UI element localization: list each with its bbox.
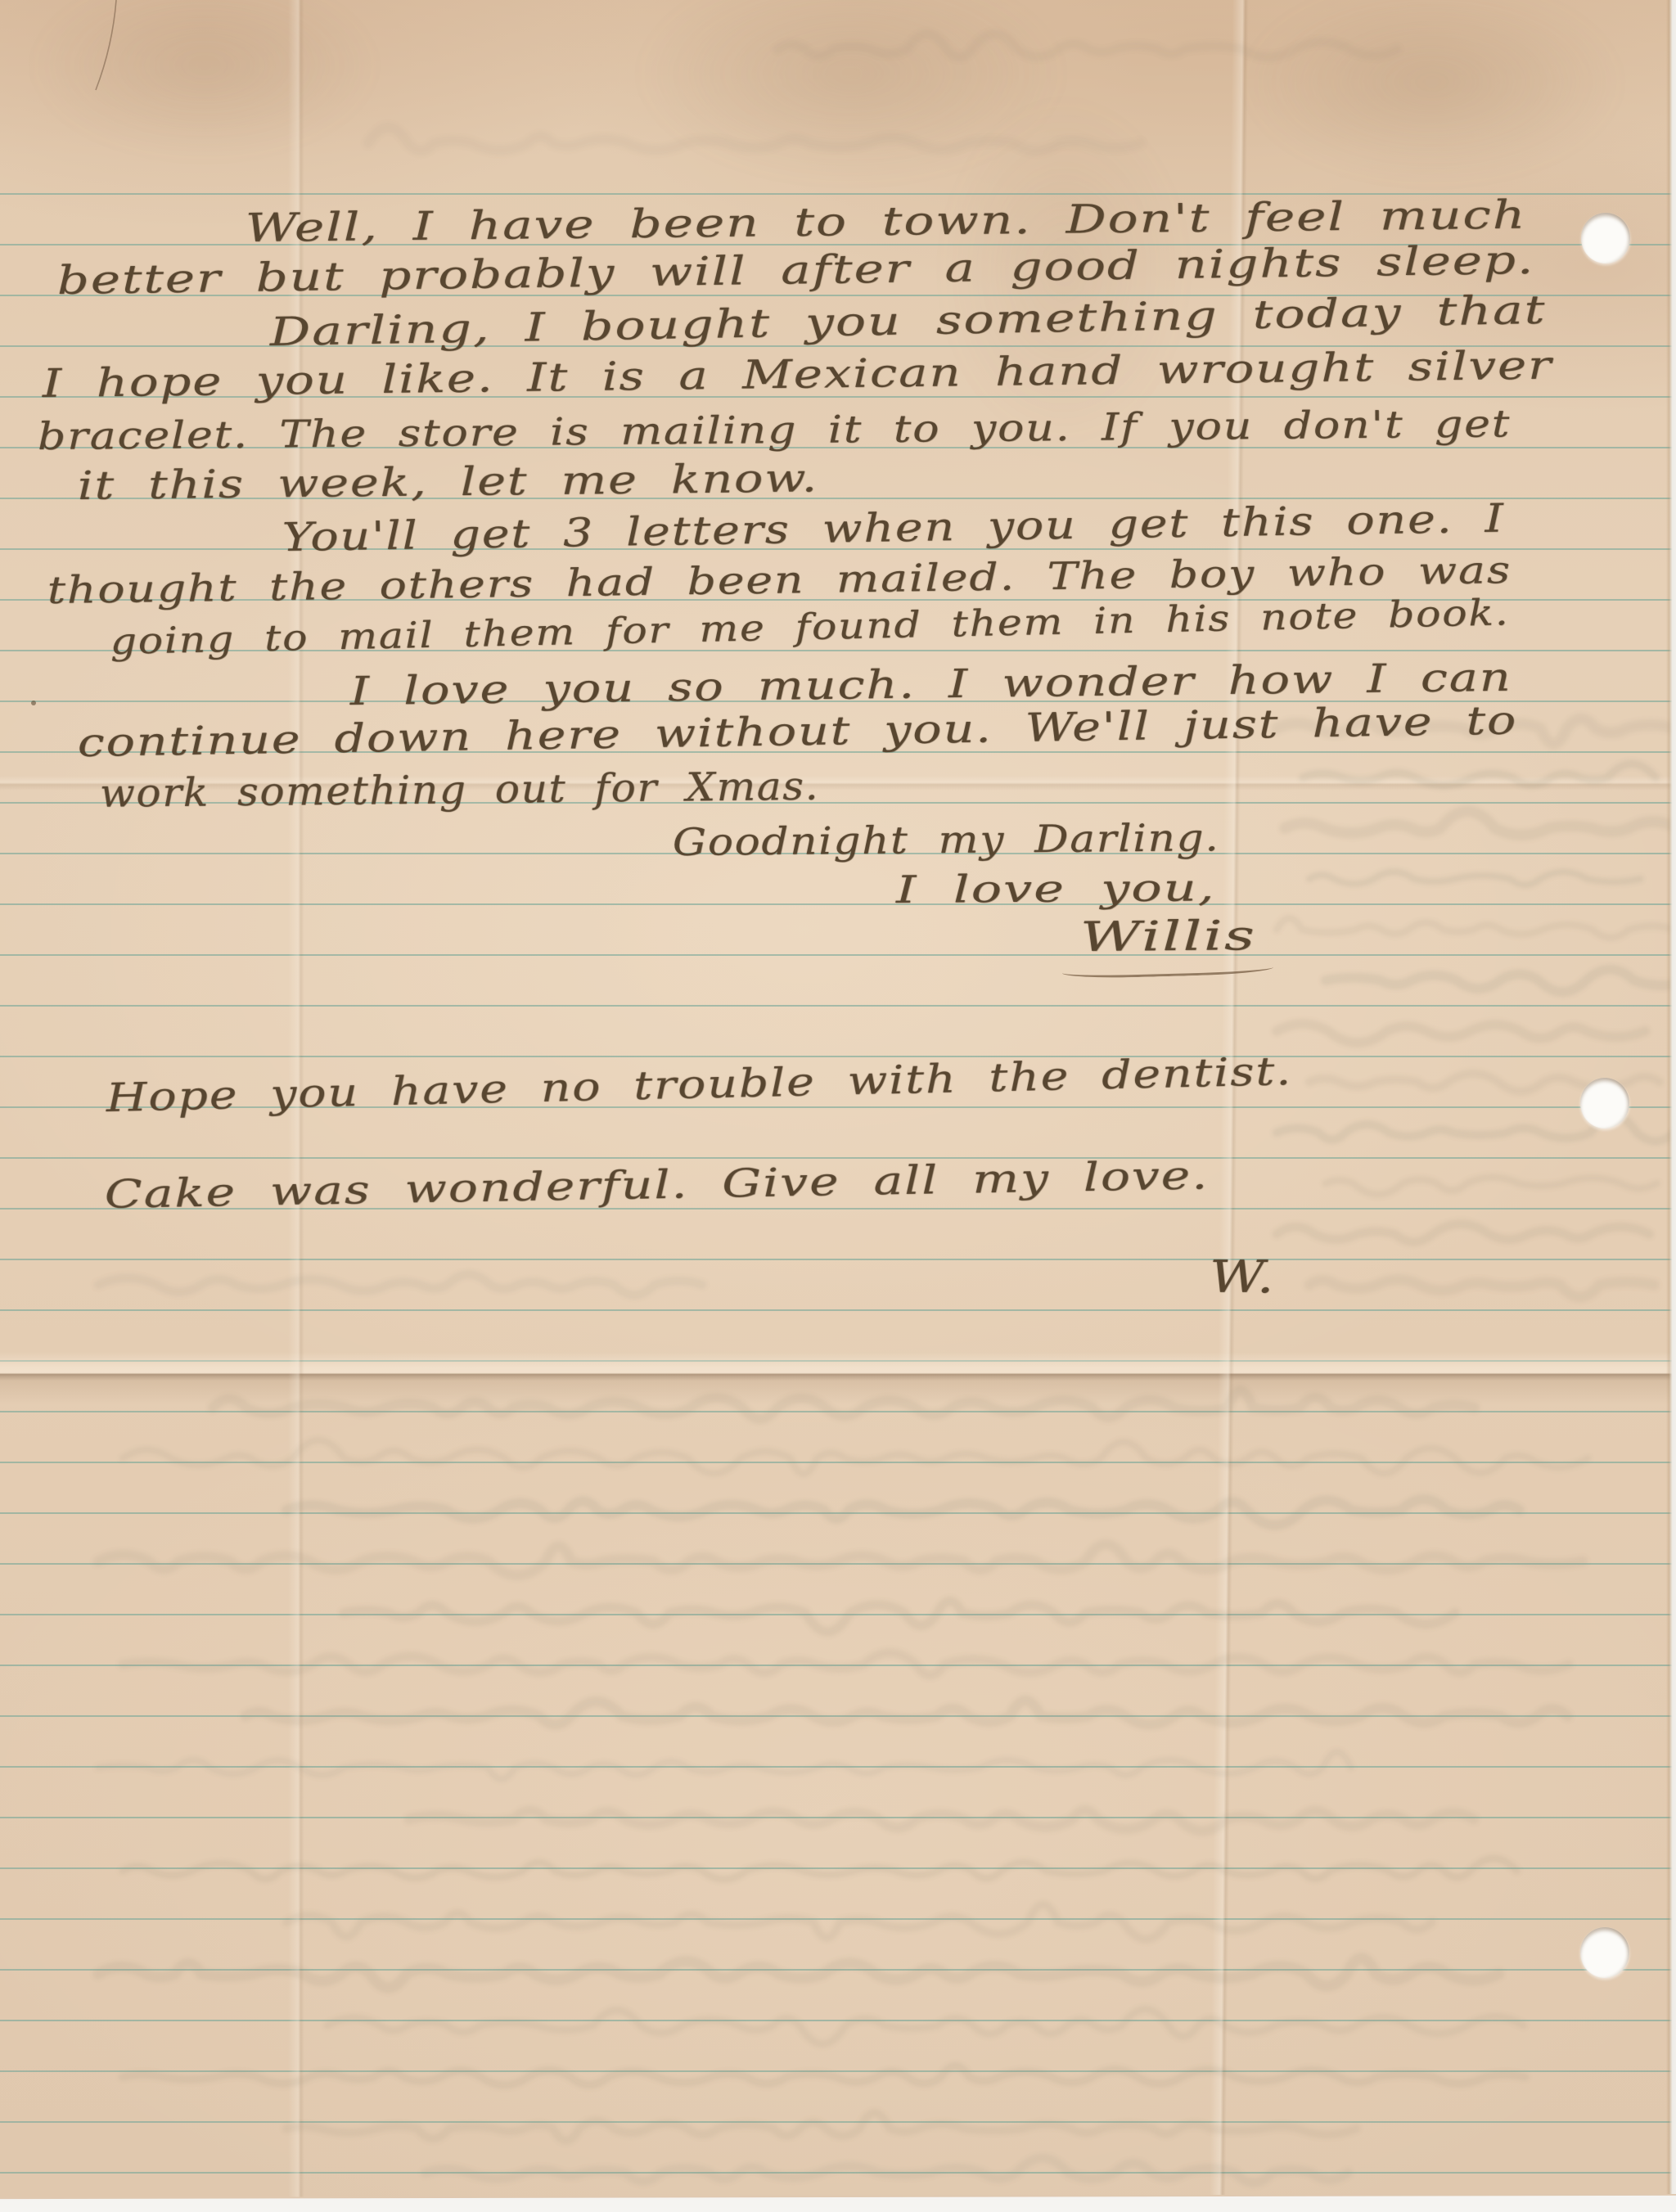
handwritten-line: it this week, let me know. [78,459,819,506]
ghost-writing-line [286,1904,1432,1939]
stray-ink-dot [31,701,36,705]
postscript-initial: W. [1210,1255,1275,1300]
scanner-background-bottom-edge [0,2194,1676,2212]
ghost-writing-line [344,1602,1455,1633]
ghost-writing-line [98,1274,702,1295]
ghost-writing-line [1309,1280,1654,1297]
ghost-writing-line [1285,811,1676,835]
ghost-writing-line [1326,970,1676,993]
ghost-writing-line [426,2158,1348,2183]
ghost-writing-line [1277,918,1675,937]
ghost-writing-line [98,1544,1583,1575]
ghost-writing-line [286,1499,1520,1525]
ghost-writing-line [1309,872,1640,885]
letter-scan-page: Well, I have been to town. Don't feel mu… [0,0,1676,2212]
hole-punch-middle [1580,1078,1629,1129]
ghost-writing-line [246,1701,1568,1725]
signature-name: Willis [1080,915,1257,957]
ghost-writing-line [123,1653,1569,1675]
paper-right-edge [1666,0,1676,2212]
handwritten-line: work something out for Xmas. [100,767,820,813]
ghost-writing-line [777,34,1397,57]
ghost-writing-line [1277,1224,1649,1242]
ghost-writing-line [123,1858,1516,1880]
ghost-writing-line [1326,1178,1657,1195]
ghost-writing-line [286,2113,1357,2141]
ghost-writing-line [1303,764,1656,785]
ghost-writing-line [368,128,1140,151]
ghost-writing-line [1277,1024,1645,1043]
handwritten-line: I love you, [896,868,1216,908]
hole-punch-top [1581,213,1630,264]
ghost-writing-line [213,1390,1475,1419]
ghost-writing-line [123,2066,1525,2085]
ghost-writing-line [123,1440,1588,1474]
handwritten-line: Goodnight my Darling. [673,818,1220,861]
hole-punch-bottom [1580,1927,1629,1978]
scratch-mark [96,0,116,90]
ghost-writing-line [98,1958,1499,1988]
ghost-writing-line [409,1810,1474,1831]
ghost-writing-line [327,2009,1524,2043]
ghost-writing-line [98,1752,1351,1779]
